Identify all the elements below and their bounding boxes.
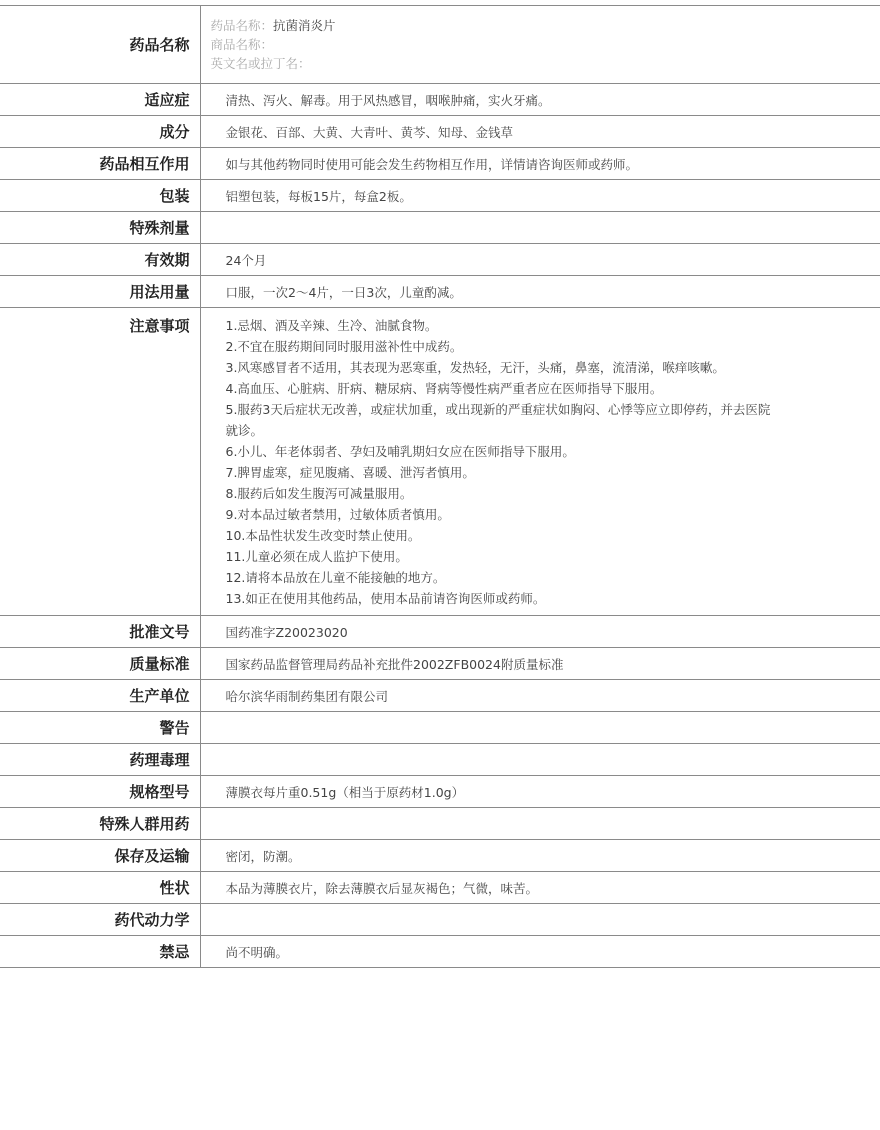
precaution-item: 8.服药后如发生腹泻可减量服用。 — [226, 483, 776, 504]
row-value: 如与其他药物同时使用可能会发生药物相互作用，详情请咨询医师或药师。 — [200, 148, 880, 180]
row-label: 成分 — [0, 116, 200, 148]
row-packaging: 包装 铝塑包装，每板15片，每盒2板。 — [0, 180, 880, 212]
row-value — [200, 744, 880, 776]
drug-spec-table: 药品名称 药品名称：抗菌消炎片 商品名称： 英文名或拉丁名： 适应症 清热、泻火… — [0, 5, 880, 968]
row-value — [200, 212, 880, 244]
row-value: 哈尔滨华雨制药集团有限公司 — [200, 680, 880, 712]
row-indications: 适应症 清热、泻火、解毒。用于风热感冒，咽喉肿痛，实火牙痛。 — [0, 84, 880, 116]
row-value: 金银花、百部、大黄、大青叶、黄芩、知母、金钱草 — [200, 116, 880, 148]
row-specification: 规格型号 薄膜衣每片重0.51g（相当于原药材1.0g） — [0, 776, 880, 808]
row-value — [200, 904, 880, 936]
row-manufacturer: 生产单位 哈尔滨华雨制药集团有限公司 — [0, 680, 880, 712]
drug-info-document: 药品名称 药品名称：抗菌消炎片 商品名称： 英文名或拉丁名： 适应症 清热、泻火… — [0, 5, 880, 968]
row-interactions: 药品相互作用 如与其他药物同时使用可能会发生药物相互作用，详情请咨询医师或药师。 — [0, 148, 880, 180]
row-precautions: 注意事项 1.忌烟、酒及辛辣、生冷、油腻食物。 2.不宜在服药期间同时服用滋补性… — [0, 308, 880, 616]
row-label: 注意事项 — [0, 308, 200, 616]
row-value: 国家药品监督管理局药品补充批件2002ZFB0024附质量标准 — [200, 648, 880, 680]
row-value: 清热、泻火、解毒。用于风热感冒，咽喉肿痛，实火牙痛。 — [200, 84, 880, 116]
precaution-item: 5.服药3天后症状无改善，或症状加重，或出现新的严重症状如胸闷、心悸等应立即停药… — [226, 399, 776, 441]
field-key: 药品名称： — [211, 18, 274, 33]
row-label: 警告 — [0, 712, 200, 744]
row-value: 铝塑包装，每板15片，每盒2板。 — [200, 180, 880, 212]
row-value — [200, 808, 880, 840]
row-special-populations: 特殊人群用药 — [0, 808, 880, 840]
field-key: 商品名称： — [211, 37, 274, 52]
row-label: 规格型号 — [0, 776, 200, 808]
row-ingredients: 成分 金银花、百部、大黄、大青叶、黄芩、知母、金钱草 — [0, 116, 880, 148]
latin-name-line: 英文名或拉丁名： — [211, 54, 880, 73]
row-description: 性状 本品为薄膜衣片，除去薄膜衣后显灰褐色；气微，味苦。 — [0, 872, 880, 904]
row-pharmacokinetics: 药代动力学 — [0, 904, 880, 936]
row-pharmacology: 药理毒理 — [0, 744, 880, 776]
row-label: 包装 — [0, 180, 200, 212]
row-value: 本品为薄膜衣片，除去薄膜衣后显灰褐色；气微，味苦。 — [200, 872, 880, 904]
row-label: 特殊剂量 — [0, 212, 200, 244]
row-shelf-life: 有效期 24个月 — [0, 244, 880, 276]
row-dosage: 用法用量 口服，一次2～4片，一日3次，儿童酌减。 — [0, 276, 880, 308]
row-value: 薄膜衣每片重0.51g（相当于原药材1.0g） — [200, 776, 880, 808]
precaution-item: 1.忌烟、酒及辛辣、生冷、油腻食物。 — [226, 315, 776, 336]
precaution-item: 3.风寒感冒者不适用，其表现为恶寒重，发热轻，无汗，头痛，鼻塞，流清涕，喉痒咳嗽… — [226, 357, 776, 378]
row-drug-name: 药品名称 药品名称：抗菌消炎片 商品名称： 英文名或拉丁名： — [0, 6, 880, 84]
row-label: 生产单位 — [0, 680, 200, 712]
row-approval-number: 批准文号 国药准字Z20023020 — [0, 616, 880, 648]
row-value: 国药准字Z20023020 — [200, 616, 880, 648]
field-key: 英文名或拉丁名： — [211, 56, 311, 71]
row-label: 有效期 — [0, 244, 200, 276]
row-value: 尚不明确。 — [200, 936, 880, 968]
precaution-item: 11.儿童必须在成人监护下使用。 — [226, 546, 776, 567]
row-label: 保存及运输 — [0, 840, 200, 872]
row-label: 性状 — [0, 872, 200, 904]
precaution-item: 6.小儿、年老体弱者、孕妇及哺乳期妇女应在医师指导下服用。 — [226, 441, 776, 462]
row-quality-standard: 质量标准 国家药品监督管理局药品补充批件2002ZFB0024附质量标准 — [0, 648, 880, 680]
trade-name-line: 商品名称： — [211, 35, 880, 54]
precaution-item: 10.本品性状发生改变时禁止使用。 — [226, 525, 776, 546]
precaution-item: 12.请将本品放在儿童不能接触的地方。 — [226, 567, 776, 588]
precaution-item: 9.对本品过敏者禁用，过敏体质者慎用。 — [226, 504, 776, 525]
generic-name-line: 药品名称：抗菌消炎片 — [211, 16, 880, 35]
drug-name-cell: 药品名称：抗菌消炎片 商品名称： 英文名或拉丁名： — [200, 6, 880, 84]
row-label: 药代动力学 — [0, 904, 200, 936]
row-label: 禁忌 — [0, 936, 200, 968]
row-contraindications: 禁忌 尚不明确。 — [0, 936, 880, 968]
row-value: 24个月 — [200, 244, 880, 276]
row-label: 特殊人群用药 — [0, 808, 200, 840]
row-value: 密闭，防潮。 — [200, 840, 880, 872]
row-label: 用法用量 — [0, 276, 200, 308]
row-warning: 警告 — [0, 712, 880, 744]
row-label: 药品名称 — [0, 6, 200, 84]
row-label: 适应症 — [0, 84, 200, 116]
row-special-dosage: 特殊剂量 — [0, 212, 880, 244]
row-label: 批准文号 — [0, 616, 200, 648]
row-label: 质量标准 — [0, 648, 200, 680]
precautions-list: 1.忌烟、酒及辛辣、生冷、油腻食物。 2.不宜在服药期间同时服用滋补性中成药。 … — [200, 308, 880, 616]
row-value: 口服，一次2～4片，一日3次，儿童酌减。 — [200, 276, 880, 308]
row-label: 药理毒理 — [0, 744, 200, 776]
row-storage: 保存及运输 密闭，防潮。 — [0, 840, 880, 872]
precaution-item: 4.高血压、心脏病、肝病、糖尿病、肾病等慢性病严重者应在医师指导下服用。 — [226, 378, 776, 399]
row-label: 药品相互作用 — [0, 148, 200, 180]
row-value — [200, 712, 880, 744]
field-value: 抗菌消炎片 — [273, 18, 336, 33]
precaution-item: 2.不宜在服药期间同时服用滋补性中成药。 — [226, 336, 776, 357]
precaution-item: 13.如正在使用其他药品，使用本品前请咨询医师或药师。 — [226, 588, 776, 609]
precaution-item: 7.脾胃虚寒，症见腹痛、喜暖、泄泻者慎用。 — [226, 462, 776, 483]
